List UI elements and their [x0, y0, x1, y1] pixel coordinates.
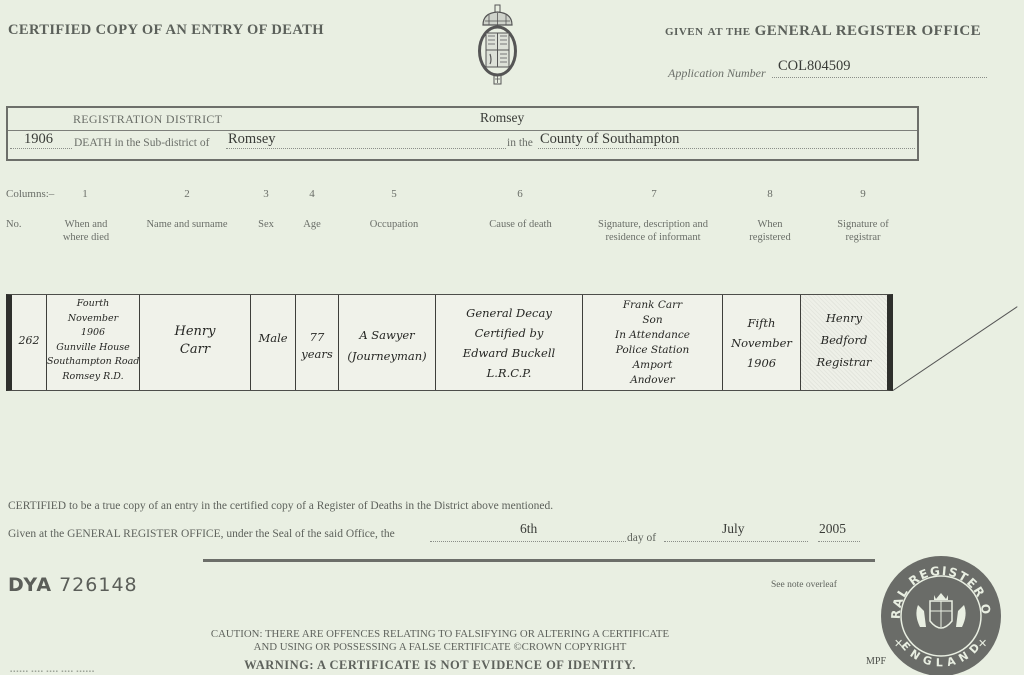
separator-line	[203, 559, 875, 562]
column-header-6: Cause of death	[478, 218, 563, 231]
informant-relation: Son	[583, 313, 722, 328]
column-number-2: 2	[172, 188, 202, 200]
at-the-label: AT THE	[708, 26, 751, 38]
entry-when-where: Fourth November 1906 Gunville House Sout…	[47, 295, 140, 390]
informant-qualification: In Attendance	[583, 328, 722, 343]
given-statement-text: Given at the GENERAL REGISTER OFFICE, un…	[8, 528, 395, 540]
caution-line-2: AND USING OR POSSESSING A FALSE CERTIFIC…	[180, 641, 700, 654]
column-number-8: 8	[755, 188, 785, 200]
subdistrict-row: 1906 DEATH in the Sub-district of Romsey…	[10, 134, 915, 154]
entry-when-registered: Fifth November 1906	[723, 295, 801, 390]
column-header-7: Signature, description and residence of …	[588, 218, 718, 244]
warning-text: WARNING: A CERTIFICATE IS NOT EVIDENCE O…	[180, 658, 700, 673]
column-number-5: 5	[379, 188, 409, 200]
registered-day: Fifth	[723, 313, 800, 333]
column-header-8: When registered	[740, 218, 800, 244]
column-header-9: Signature of registrar	[829, 218, 897, 244]
surname: Carr	[140, 341, 250, 359]
gro-seal-icon: GENERAL REGISTER OFFICE ENGLAND ✕ ✕	[880, 555, 1002, 675]
sex-value: Male	[251, 331, 295, 346]
death-day: Fourth	[47, 297, 139, 312]
age-unit: years	[296, 346, 338, 363]
royal-crest-icon	[475, 3, 520, 88]
application-number-value: COL804509	[778, 58, 851, 75]
day-value: 6th	[520, 521, 537, 537]
gro-label: GENERAL REGISTER OFFICE	[755, 23, 982, 39]
registration-district-label: REGISTRATION DISTRICT	[73, 112, 222, 127]
column-number-6: 6	[505, 188, 535, 200]
svg-text:✕: ✕	[978, 637, 987, 650]
cause-line-3: Edward Buckell	[436, 343, 582, 363]
column-number-7: 7	[639, 188, 669, 200]
registration-district-value: Romsey	[480, 110, 524, 126]
serial-number: 726148	[59, 574, 138, 596]
column-number-3: 3	[251, 188, 281, 200]
see-note-overleaf: See note overleaf	[771, 580, 837, 590]
entry-occupation: A Sawyer (Journeyman)	[339, 295, 436, 390]
column-header-4: Age	[297, 218, 327, 231]
death-year: 1906	[47, 326, 139, 341]
column-header-no: No.	[6, 218, 21, 231]
registrar-forename: Henry	[801, 307, 887, 329]
given-at-gro: GIVEN AT THE GENERAL REGISTER OFFICE	[665, 22, 981, 40]
given-label: GIVEN	[665, 26, 704, 38]
caution-text: CAUTION: THERE ARE OFFENCES RELATING TO …	[180, 628, 700, 654]
in-the-label: in the	[507, 137, 533, 149]
subdistrict-value: Romsey	[228, 131, 276, 148]
column-header-3: Sex	[251, 218, 281, 231]
column-header-1: When and where died	[55, 218, 117, 244]
day-of-label: day of	[627, 532, 656, 544]
column-number-1: 1	[70, 188, 100, 200]
svg-text:✕: ✕	[894, 637, 903, 650]
caution-line-1: CAUTION: THERE ARE OFFENCES RELATING TO …	[180, 628, 700, 641]
occupation-line-1: A Sawyer	[339, 325, 435, 346]
registrar-surname: Bedford	[801, 329, 887, 351]
entry-number-value: 262	[12, 333, 46, 348]
serial-prefix: DYA	[8, 574, 52, 596]
register-entry-row: 262 Fourth November 1906 Gunville House …	[6, 294, 893, 391]
entry-sex: Male	[251, 295, 296, 390]
year-value: 1906	[24, 131, 53, 148]
column-number-4: 4	[297, 188, 327, 200]
print-code: ▪▪▪▪▪▪ ▪▪▪▪ ▪▪▪▪ ▪▪▪▪ ▪▪▪▪▪▪	[10, 669, 95, 675]
cause-line-2: Certified by	[436, 323, 582, 343]
column-header-2: Name and surname	[137, 218, 237, 231]
informant-residence-2: Amport	[583, 358, 722, 373]
entry-cause-of-death: General Decay Certified by Edward Buckel…	[436, 295, 583, 390]
entry-age: 77 years	[296, 295, 339, 390]
column-header-5: Occupation	[354, 218, 434, 231]
cause-line-1: General Decay	[436, 303, 582, 323]
month-value: July	[722, 521, 745, 537]
entry-number: 262	[12, 295, 47, 390]
certificate-serial: DYA 726148	[8, 574, 138, 596]
certified-statement: CERTIFIED to be a true copy of an entry …	[8, 500, 553, 512]
registered-year: 1906	[723, 353, 800, 373]
subdistrict-label: DEATH in the Sub-district of	[74, 137, 209, 149]
year-value-cert: 2005	[819, 521, 846, 537]
entry-informant: Frank Carr Son In Attendance Police Stat…	[583, 295, 723, 390]
registrar-title: Registrar	[801, 351, 887, 373]
informant-name: Frank Carr	[583, 298, 722, 313]
informant-residence-1: Police Station	[583, 343, 722, 358]
cause-line-4: L.R.C.P.	[436, 363, 582, 383]
forename: Henry	[140, 323, 250, 341]
certificate-title: CERTIFIED COPY OF AN ENTRY OF DEATH	[8, 22, 324, 39]
district-divider	[8, 130, 917, 131]
given-statement: Given at the GENERAL REGISTER OFFICE, un…	[8, 528, 395, 540]
informant-residence-3: Andover	[583, 373, 722, 388]
registration-district-box: REGISTRATION DISTRICT Romsey 1906 DEATH …	[6, 106, 919, 161]
death-month: November	[47, 312, 139, 327]
columns-label: Columns:–	[6, 188, 54, 200]
county-value: County of Southampton	[540, 131, 679, 148]
column-number-9: 9	[848, 188, 878, 200]
death-place-line-3: Romsey R.D.	[47, 370, 139, 385]
entry-name: Henry Carr	[140, 295, 251, 390]
cancellation-stroke	[893, 306, 1018, 391]
entry-registrar-signature: Henry Bedford Registrar	[801, 295, 887, 390]
age-value: 77	[296, 329, 338, 346]
occupation-line-2: (Journeyman)	[339, 346, 435, 367]
application-number-label: Application Number	[668, 66, 766, 81]
registered-month: November	[723, 333, 800, 353]
death-place-line-2: Southampton Road	[47, 355, 139, 370]
death-place-line-1: Gunville House	[47, 341, 139, 356]
